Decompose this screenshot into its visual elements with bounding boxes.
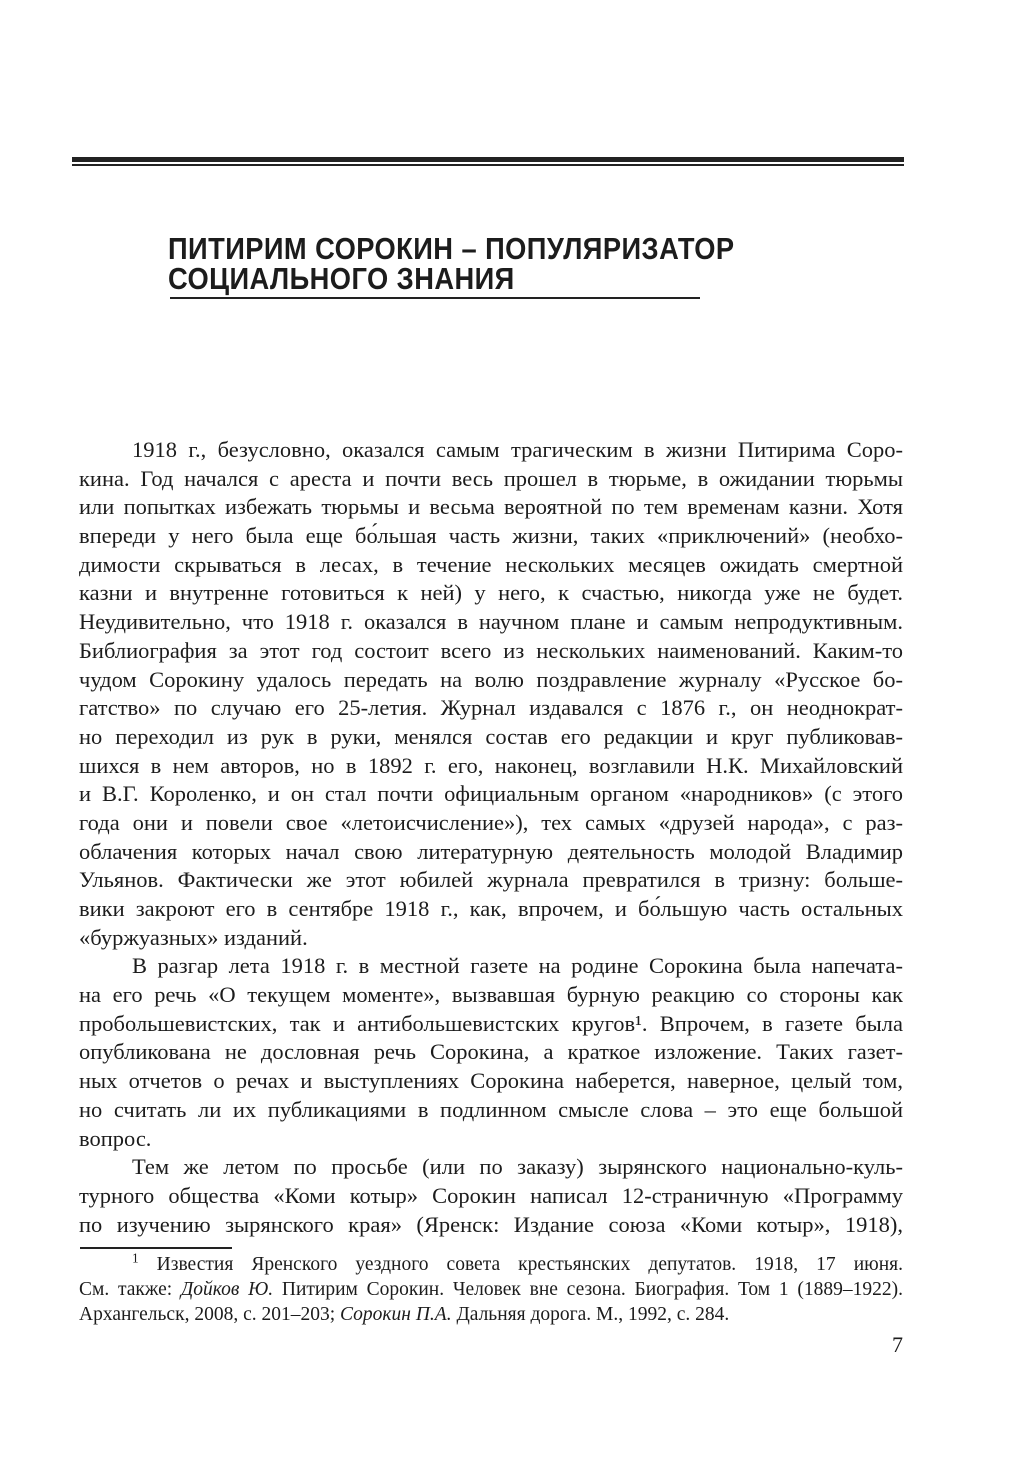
text-line: казни и внутренне готовиться к ней) у не… [79, 579, 903, 608]
text-line: Библиография за этот год состоит всего и… [79, 637, 903, 666]
text-line: турного общества «Коми котыр» Сорокин на… [79, 1182, 903, 1211]
footnote-run: Дойков Ю. [181, 1279, 273, 1300]
text-line: облачения которых начал свою литературну… [79, 838, 903, 867]
book-page: ПИТИРИМ СОРОКИН – ПОПУЛЯРИЗАТОРСОЦИАЛЬНО… [0, 0, 1033, 1477]
text-line: шихся в нем авторов, но в 1892 г. его, н… [79, 752, 903, 781]
footnote-run: Сорокин П.А. [340, 1304, 452, 1325]
text-line: чудом Сорокину удалось передать на волю … [79, 666, 903, 695]
text-line: Тем же летом по просьбе (или по заказу) … [79, 1153, 903, 1182]
text-line: впереди у него была еще бо́льшая часть ж… [79, 522, 903, 551]
top-rule-thick-line [72, 157, 904, 162]
text-line: опубликована не дословная речь Сорокина,… [79, 1038, 903, 1067]
chapter-title-underline [170, 297, 700, 299]
text-line: но считать ли их публикациями в подлинно… [79, 1096, 903, 1125]
text-line: но переходил из рук в руки, менялся сост… [79, 723, 903, 752]
footnote-run: Архангельск, 2008, с. 201–203; [79, 1304, 340, 1325]
top-double-rule [72, 157, 904, 166]
footnote-run: См. также: [79, 1279, 181, 1300]
footnote-run: Дальняя дорога. М., 1992, с. 284. [452, 1304, 730, 1325]
footnote-run: Питирим Сорокин. Человек вне сезона. Био… [273, 1279, 903, 1300]
chapter-title: ПИТИРИМ СОРОКИН – ПОПУЛЯРИЗАТОРСОЦИАЛЬНО… [168, 234, 735, 294]
footnote-run: Известия Яренского уездного совета крест… [139, 1254, 903, 1275]
text-line: «буржуазных» изданий. [79, 924, 903, 953]
body-text: 1918 г., безусловно, оказался самым траг… [79, 436, 903, 1239]
footnote-separator-rule [80, 1247, 232, 1249]
footnote-marker: 1 [132, 1252, 139, 1266]
text-line: вопрос. [79, 1125, 903, 1154]
text-line: по изучению зырянского края» (Яренск: Из… [79, 1211, 903, 1240]
text-line: димости скрываться в лесах, в течение не… [79, 551, 903, 580]
text-line: пробольшевистских, так и антибольшевистс… [79, 1010, 903, 1039]
footnote-line: См. также: Дойков Ю. Питирим Сорокин. Че… [79, 1277, 903, 1302]
footnote: 1 Известия Яренского уездного совета кре… [79, 1252, 903, 1327]
text-line: вики закроют его в сентябре 1918 г., как… [79, 895, 903, 924]
text-line: и В.Г. Короленко, и он стал почти официа… [79, 780, 903, 809]
text-line: 1918 г., безусловно, оказался самым траг… [79, 436, 903, 465]
text-line: года они и повели свое «летоисчисление»)… [79, 809, 903, 838]
text-line: Ульянов. Фактически же этот юбилей журна… [79, 866, 903, 895]
footnote-line: Архангельск, 2008, с. 201–203; Сорокин П… [79, 1302, 903, 1327]
text-line: В разгар лета 1918 г. в местной газете н… [79, 952, 903, 981]
top-rule-thin-line [72, 164, 904, 166]
text-line: или попытках избежать тюрьмы и весьма ве… [79, 493, 903, 522]
text-line: на его речь «О текущем моменте», вызвавш… [79, 981, 903, 1010]
text-line: ных отчетов о речах и выступлениях Сорок… [79, 1067, 903, 1096]
footnote-line: 1 Известия Яренского уездного совета кре… [79, 1252, 903, 1277]
text-line: Неудивительно, что 1918 г. оказался в на… [79, 608, 903, 637]
text-line: кина. Год начался с ареста и почти весь … [79, 465, 903, 494]
page-number: 7 [79, 1332, 903, 1358]
text-line: гатство» по случаю его 25-летия. Журнал … [79, 694, 903, 723]
chapter-title-line2: СОЦИАЛЬНОГО ЗНАНИЯ [168, 261, 515, 296]
